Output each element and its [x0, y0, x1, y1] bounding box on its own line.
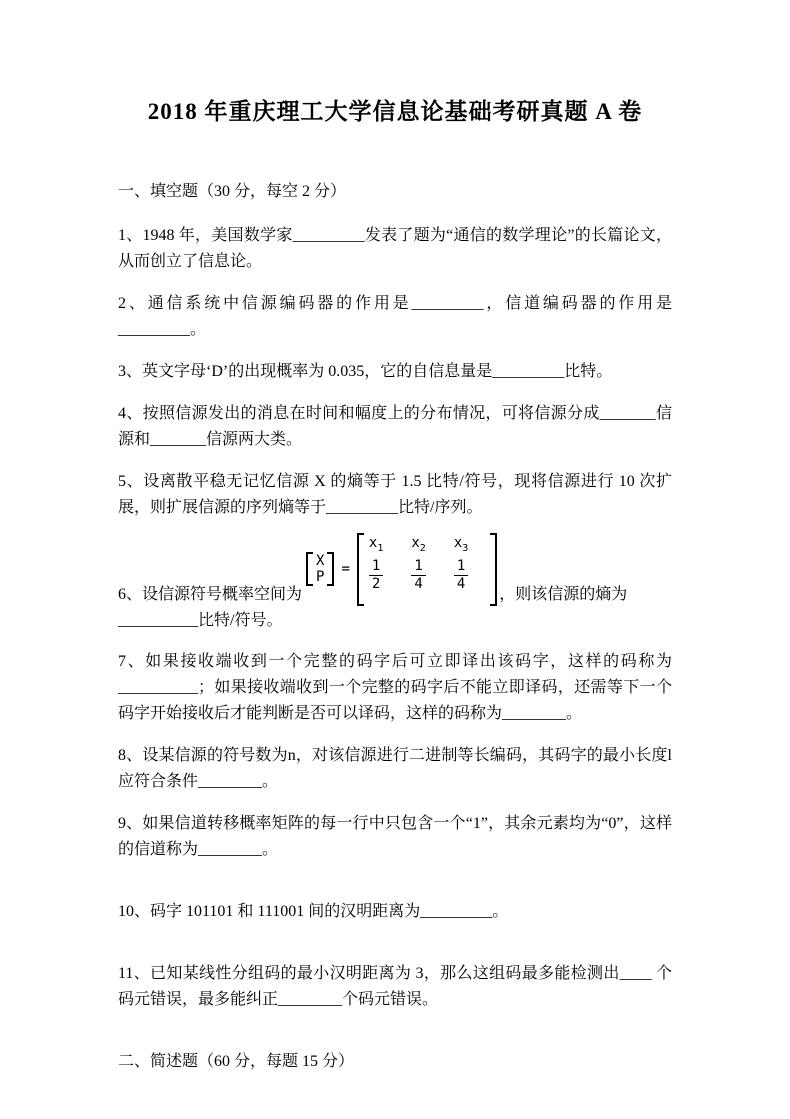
- vector-symbol-p: P: [316, 569, 324, 585]
- question-11: 11、已知某线性分组码的最小汉明距离为 3，那么这组码最多能检测出____ 个码…: [118, 961, 672, 1013]
- vector-content: X P: [313, 552, 327, 586]
- question-6: 6、设信源符号概率空间为 X P = x1: [118, 533, 672, 634]
- matrix-columns: x1 1 2 x2 1 4: [364, 533, 490, 606]
- matrix-column-3: x3 1 4: [454, 535, 468, 592]
- question-1: 1、1948 年，美国数学家_________发表了题为“通信的数学理论”的长篇…: [118, 223, 672, 275]
- section-heading-short-answer: 二、简述题（60 分，每题 15 分）: [118, 1049, 672, 1075]
- question-2: 2、通信系统中信源编码器的作用是_________，信道编码器的作用是_____…: [118, 291, 672, 343]
- fraction-1-2: 1 2: [369, 559, 383, 592]
- section-heading-fill-in-blanks: 一、填空题（30 分，每空 2 分）: [118, 179, 672, 205]
- matrix-symbol-x2: x2: [411, 535, 425, 557]
- matrix-left-bracket: [357, 533, 364, 606]
- fraction-1-4b: 1 4: [454, 559, 468, 592]
- matrix-symbol-x1: x1: [369, 535, 383, 557]
- vector-left-bracket: [306, 552, 313, 586]
- question-8: 8、设某信源的符号数为n，对该信源进行二进制等长编码，其码字的最小长度l应符合条…: [118, 743, 672, 795]
- exam-document: 2018 年重庆理工大学信息论基础考研真题 A 卷 一、填空题（30 分，每空 …: [0, 0, 790, 1075]
- matrix-right-bracket: [490, 533, 497, 606]
- question-9: 9、如果信道转移概率矩阵的每一行中只包含一个“1”，其余元素均为“0”，这样的信…: [118, 811, 672, 863]
- vector-symbol-x: X: [316, 553, 324, 569]
- question-6-suffix: ，则该信源的熵为: [499, 582, 627, 608]
- question-6-formula-line: 6、设信源符号概率空间为 X P = x1: [118, 533, 672, 608]
- page-title: 2018 年重庆理工大学信息论基础考研真题 A 卷: [118, 97, 672, 127]
- question-7: 7、如果接收端收到一个完整的码字后可立即译出该码字，这样的码称为________…: [118, 649, 672, 727]
- probability-space-formula: X P = x1 1 2: [306, 533, 497, 606]
- matrix-column-1: x1 1 2: [369, 535, 383, 592]
- question-6-prefix: 6、设信源符号概率空间为: [118, 582, 302, 608]
- vector-right-bracket: [327, 552, 334, 586]
- question-4: 4、按照信源发出的消息在时间和幅度上的分布情况，可将信源分成_______信源和…: [118, 401, 672, 453]
- matrix-column-2: x2 1 4: [411, 535, 425, 592]
- question-6-answer-line: __________比特/符号。: [118, 608, 672, 634]
- equals-sign: =: [341, 556, 349, 582]
- question-5: 5、设离散平稳无记忆信源 X 的熵等于 1.5 比特/符号，现将信源进行 10 …: [118, 469, 672, 521]
- matrix-symbol-x3: x3: [454, 535, 468, 557]
- question-10: 10、码字 101101 和 111001 间的汉明距离为_________。: [118, 899, 672, 925]
- probability-matrix: x1 1 2 x2 1 4: [357, 533, 497, 606]
- fraction-1-4: 1 4: [411, 559, 425, 592]
- xp-vector: X P: [306, 552, 334, 586]
- question-3: 3、英文字母‘D’的出现概率为 0.035，它的自信息量是_________比特…: [118, 359, 672, 385]
